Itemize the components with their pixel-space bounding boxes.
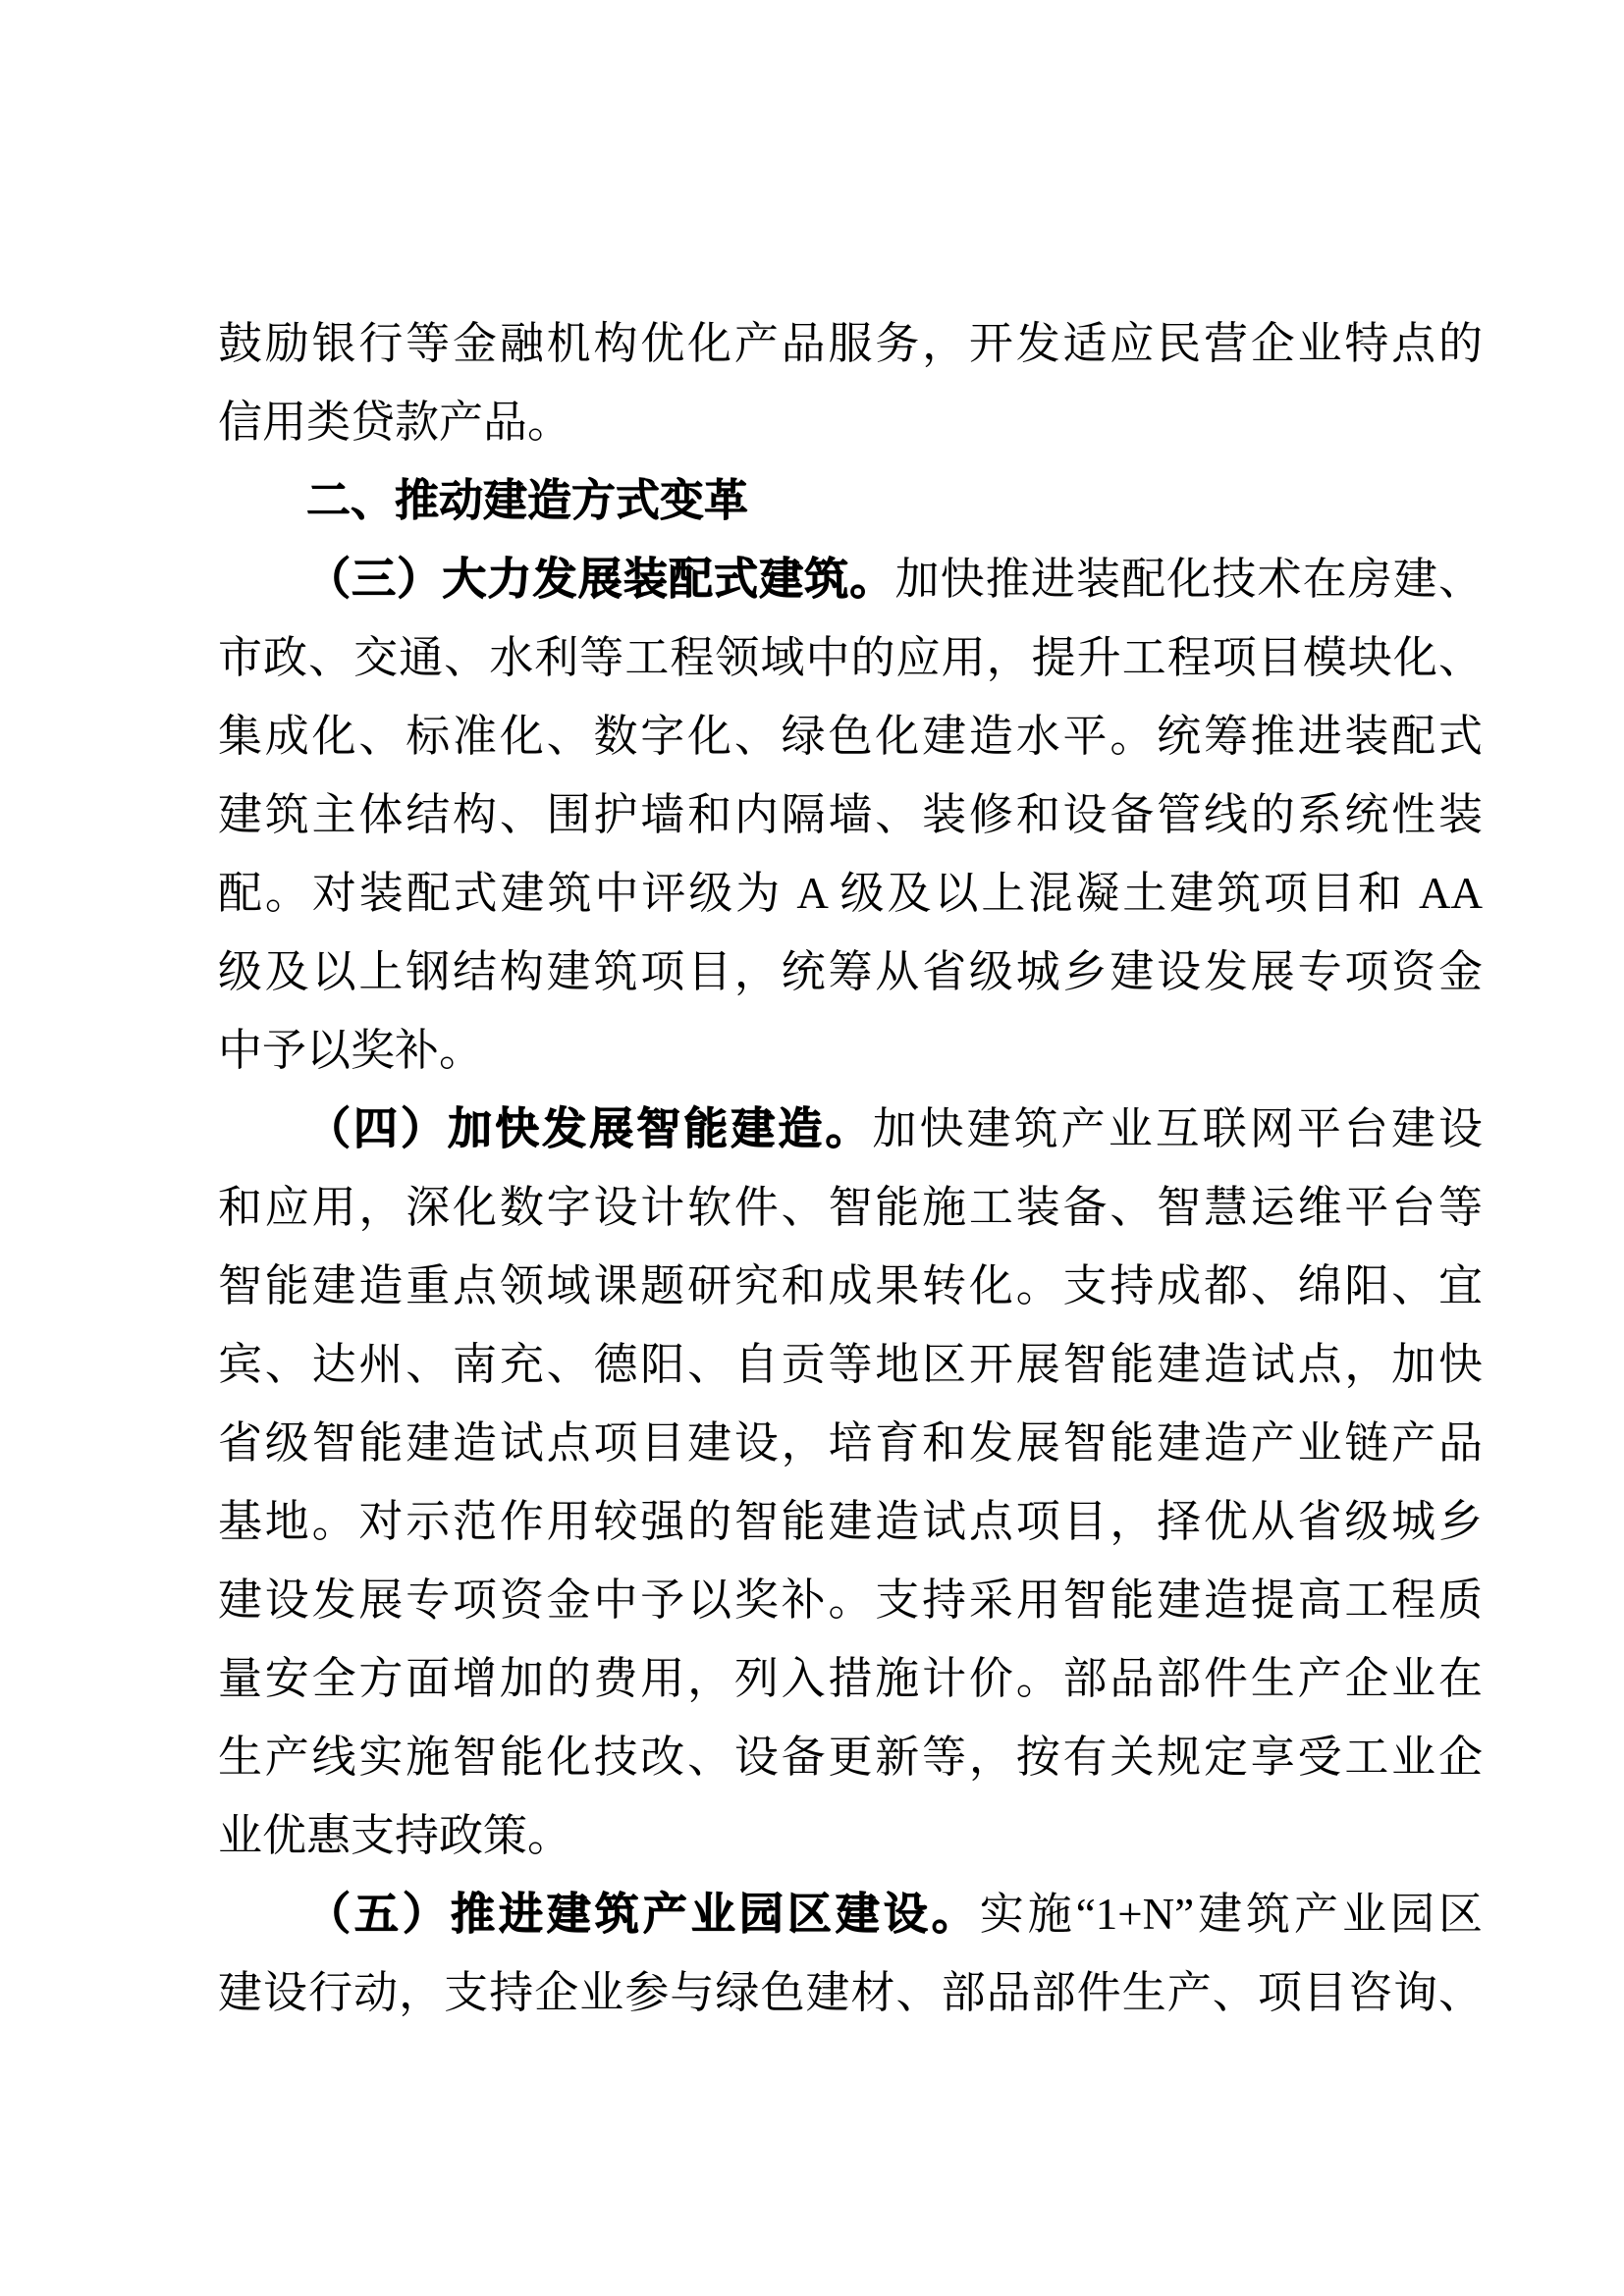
text-line: 鼓励银行等金融机构优化产品服务，开发适应民营企业特点的 bbox=[218, 304, 1483, 383]
paragraph-credit-products-continuation: 鼓励银行等金融机构优化产品服务，开发适应民营企业特点的信用类贷款产品。 bbox=[218, 304, 1483, 461]
text-line: 基地。对示范作用较强的智能建造试点项目，择优从省级城乡 bbox=[218, 1482, 1483, 1561]
document-body: 鼓励银行等金融机构优化产品服务，开发适应民营企业特点的信用类贷款产品。二、推动建… bbox=[218, 304, 1483, 2032]
text-segment: 基地。对示范作用较强的智能建造试点项目，择优从省级城乡 bbox=[218, 1497, 1483, 1546]
text-line: 宾、达州、南充、德阳、自贡等地区开展智能建造试点，加快 bbox=[218, 1325, 1483, 1404]
text-segment: 加快推进装配化技术在房建、 bbox=[895, 555, 1483, 604]
text-segment: 建设行动，支持企业参与绿色建材、部品部件生产、项目咨询、 bbox=[218, 1968, 1483, 2017]
paragraph-item-four-smart-construction: （四）加快发展智能建造。加快建筑产业互联网平台建设和应用，深化数字设计软件、智能… bbox=[218, 1090, 1483, 1875]
text-line: 生产线实施智能化技改、设备更新等，按有关规定享受工业企 bbox=[218, 1718, 1483, 1796]
text-segment: 智能建造重点领域课题研究和成果转化。支持成都、绵阳、宜 bbox=[218, 1261, 1483, 1310]
bold-text-segment: （三）大力发展装配式建筑。 bbox=[306, 555, 895, 604]
text-line: 建设行动，支持企业参与绿色建材、部品部件生产、项目咨询、 bbox=[218, 1953, 1483, 2032]
bold-text-segment: （四）加快发展智能建造。 bbox=[306, 1104, 873, 1153]
paragraph-item-five-industry-parks: （五）推进建筑产业园区建设。实施“1+N”建筑产业园区建设行动，支持企业参与绿色… bbox=[218, 1875, 1483, 2032]
text-segment: 级及以上钢结构建筑项目，统筹从省级城乡建设发展专项资金 bbox=[218, 947, 1483, 996]
text-line: 建设发展专项资金中予以奖补。支持采用智能建造提高工程质 bbox=[218, 1561, 1483, 1639]
text-segment: 集成化、标准化、数字化、绿色化建造水平。统筹推进装配式 bbox=[218, 712, 1483, 761]
text-segment: 中予以奖补。 bbox=[218, 1026, 483, 1075]
text-segment: 信用类贷款产品。 bbox=[218, 398, 571, 447]
text-line: 和应用，深化数字设计软件、智能施工装备、智慧运维平台等 bbox=[218, 1168, 1483, 1247]
text-line: 中予以奖补。 bbox=[218, 1011, 1483, 1090]
text-line: 信用类贷款产品。 bbox=[218, 383, 1483, 461]
section-heading-line: 二、推动建造方式变革 bbox=[218, 461, 1483, 540]
text-line: 集成化、标准化、数字化、绿色化建造水平。统筹推进装配式 bbox=[218, 697, 1483, 775]
bold-text-segment: （五）推进建筑产业园区建设。 bbox=[306, 1890, 980, 1939]
text-line: （四）加快发展智能建造。加快建筑产业互联网平台建设 bbox=[218, 1090, 1483, 1168]
paragraph-item-three-prefab-buildings: （三）大力发展装配式建筑。加快推进装配化技术在房建、市政、交通、水利等工程领域中… bbox=[218, 540, 1483, 1090]
heading-section-two: 二、推动建造方式变革 bbox=[218, 461, 1483, 540]
text-line: 省级智能建造试点项目建设，培育和发展智能建造产业链产品 bbox=[218, 1404, 1483, 1482]
text-segment: 建设发展专项资金中予以奖补。支持采用智能建造提高工程质 bbox=[218, 1575, 1483, 1625]
text-line: 市政、交通、水利等工程领域中的应用，提升工程项目模块化、 bbox=[218, 618, 1483, 697]
text-line: 建筑主体结构、围护墙和内隔墙、装修和设备管线的系统性装 bbox=[218, 775, 1483, 854]
text-segment: 实施“1+N”建筑产业园区 bbox=[980, 1890, 1483, 1939]
text-line: 量安全方面增加的费用，列入措施计价。部品部件生产企业在 bbox=[218, 1639, 1483, 1718]
document-page: 鼓励银行等金融机构优化产品服务，开发适应民营企业特点的信用类贷款产品。二、推动建… bbox=[0, 0, 1624, 2296]
text-segment: 配。对装配式建筑中评级为 A 级及以上混凝土建筑项目和 AA bbox=[218, 869, 1483, 918]
text-line: 配。对装配式建筑中评级为 A 级及以上混凝土建筑项目和 AA bbox=[218, 854, 1483, 933]
text-line: 级及以上钢结构建筑项目，统筹从省级城乡建设发展专项资金 bbox=[218, 933, 1483, 1011]
bold-text-segment: 二、推动建造方式变革 bbox=[306, 475, 748, 525]
text-segment: 量安全方面增加的费用，列入措施计价。部品部件生产企业在 bbox=[218, 1654, 1483, 1703]
text-segment: 省级智能建造试点项目建设，培育和发展智能建造产业链产品 bbox=[218, 1418, 1483, 1468]
text-segment: 生产线实施智能化技改、设备更新等，按有关规定享受工业企 bbox=[218, 1733, 1483, 1782]
text-segment: 鼓励银行等金融机构优化产品服务，开发适应民营企业特点的 bbox=[218, 319, 1483, 368]
text-segment: 市政、交通、水利等工程领域中的应用，提升工程项目模块化、 bbox=[218, 633, 1483, 682]
text-segment: 和应用，深化数字设计软件、智能施工装备、智慧运维平台等 bbox=[218, 1183, 1483, 1232]
text-segment: 加快建筑产业互联网平台建设 bbox=[873, 1104, 1484, 1153]
text-line: （三）大力发展装配式建筑。加快推进装配化技术在房建、 bbox=[218, 540, 1483, 618]
text-line: 智能建造重点领域课题研究和成果转化。支持成都、绵阳、宜 bbox=[218, 1247, 1483, 1325]
text-line: （五）推进建筑产业园区建设。实施“1+N”建筑产业园区 bbox=[218, 1875, 1483, 1953]
text-line: 业优惠支持政策。 bbox=[218, 1796, 1483, 1875]
text-segment: 业优惠支持政策。 bbox=[218, 1811, 571, 1860]
text-segment: 建筑主体结构、围护墙和内隔墙、装修和设备管线的系统性装 bbox=[218, 790, 1483, 839]
text-segment: 宾、达州、南充、德阳、自贡等地区开展智能建造试点，加快 bbox=[218, 1340, 1483, 1389]
